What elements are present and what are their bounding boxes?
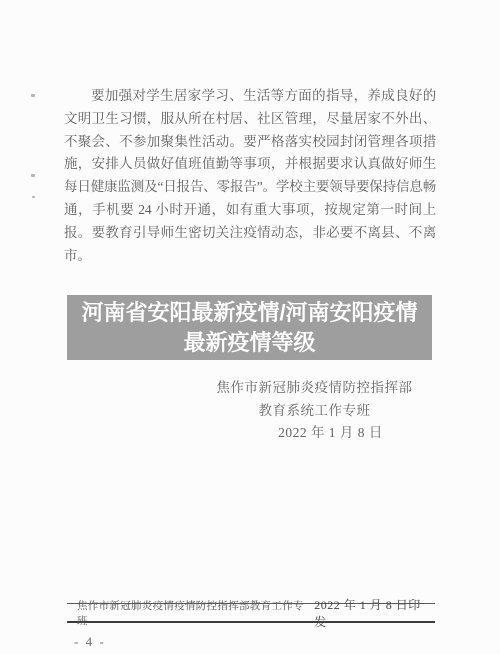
body-paragraph: 要加强对学生居家学习、生活等方面的指导，养成良好的文明卫生习惯，服从所在村居、社… — [64, 85, 436, 267]
scan-artifact-speck — [31, 94, 35, 97]
signature-block: 焦作市新冠肺炎疫情防控指挥部 教育系统工作专班 2022 年 1 月 8 日 — [212, 377, 417, 445]
headline-banner: 河南省安阳最新疫情/河南安阳疫情 最新疫情等级 — [67, 295, 432, 360]
signature-date: 2022 年 1 月 8 日 — [244, 422, 417, 445]
scanned-document-page: 要加强对学生居家学习、生活等方面的指导，养成良好的文明卫生习惯，服从所在村居、社… — [0, 0, 500, 654]
headline-line-1: 河南省安阳最新疫情/河南安阳疫情 — [67, 298, 432, 328]
footer-issuer: 焦作市新冠肺炎疫情疫情防控指挥部教育工作专班 — [67, 598, 314, 628]
footer-bar: 焦作市新冠肺炎疫情疫情防控指挥部教育工作专班 2022 年 1 月 8 日印发 — [67, 603, 435, 623]
scan-artifact-speck — [32, 196, 35, 198]
page-number: - 4 - — [74, 634, 106, 650]
signature-organization: 焦作市新冠肺炎疫情防控指挥部 — [212, 377, 417, 400]
signature-department: 教育系统工作专班 — [212, 400, 417, 423]
footer-print-date: 2022 年 1 月 8 日印发 — [314, 596, 435, 630]
headline-line-2: 最新疫情等级 — [67, 328, 432, 358]
scan-artifact-speck — [31, 174, 35, 177]
